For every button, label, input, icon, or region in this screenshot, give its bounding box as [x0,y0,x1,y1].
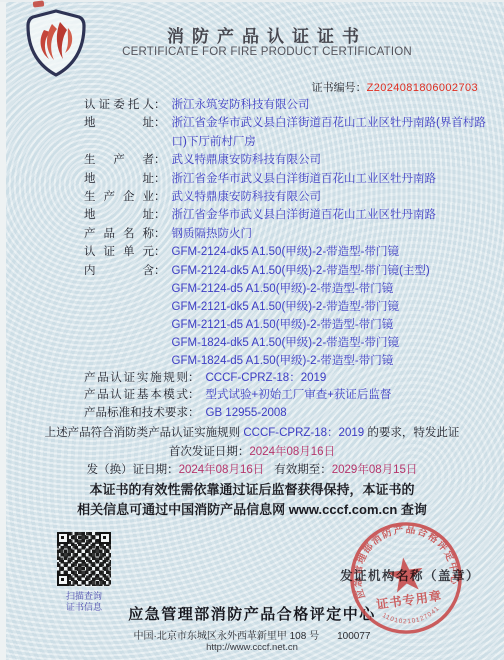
valid-until-date: 2029年08月15日 [332,464,418,476]
field-label: 产品认证实施规则 [84,370,188,388]
qr-finder-topleft [57,532,69,544]
reissue-date: 2024年08月16日 [179,464,265,476]
qr-finder-bottomleft [57,574,69,586]
field-producer-address: 地址 ： 浙江省金华市武义县白洋街道百花山工业区牡丹南路 [84,170,496,188]
certificate-fields: 认证委托人 ： 浙江永筑安防科技有限公司 地址 ： 浙江省金华市武义县白洋街道百… [84,96,496,423]
conformity-statement: 上述产品符合消防类产品认证实施规则 CCCF-CPRZ-18：2019 的要求，… [0,424,504,440]
field-value: 武义特鼎康安防科技有限公司 [172,188,497,206]
first-issue-date-label: 首次发证日期： [169,446,250,458]
reissue-date-line: 发（换）证日期：2024年08月16日有效期至：2029年08月15日 [0,461,504,477]
model-item: GFM-2124-d5 A1.50(甲级)-2-带造型-带门镜 [172,280,497,298]
first-issue-date: 2024年08月16日 [249,446,335,458]
field-label: 产品认证基本模式 [84,387,188,405]
field-value: CCCF-CPRZ-18：2019 [206,370,497,388]
field-label: 地址 [84,206,154,224]
field-label: 生产者 [84,151,154,169]
field-product-name: 产品名称 ： 钢质隔热防火门 [84,225,496,243]
field-label: 地址 [84,114,154,151]
field-value: GFM-2124-dk5 A1.50(甲级)-2-带造型-带门镜 [172,243,497,261]
model-item: GFM-2121-dk5 A1.50(甲级)-2-带造型-带门镜 [172,298,497,316]
field-value: 型式试验+初始工厂审查+获证后监督 [206,387,497,405]
field-label: 认证单元 [84,243,154,261]
certificate-number-value: Z2024081806002703 [367,82,478,94]
field-contained-models: 内含 ： GFM-2124-dk5 A1.50(甲级)-2-带造型-带门镜(主型… [84,262,496,370]
field-manufacturer-address: 地址 ： 浙江省金华市武义县白洋街道百花山工业区牡丹南路 [84,206,496,224]
organization-website: http://www.cccf.net.cn [0,642,504,653]
field-value: 浙江永筑安防科技有限公司 [172,96,497,114]
field-certification-mode: 产品认证基本模式 ： 型式试验+初始工厂审查+获证后监督 [84,387,496,405]
field-label: 认证委托人 [84,96,154,114]
model-item: GFM-2121-d5 A1.50(甲级)-2-带造型-带门镜 [172,316,497,334]
validity-notice-line1: 本证书的有效性需依靠通过证后监督获得保持，本证书的 [0,480,504,500]
issuing-authority-overlay-text: 发证机构名称（盖章） [340,566,480,584]
first-issue-date-line: 首次发证日期：2024年08月16日 [0,443,504,459]
field-value: 武义特鼎康安防科技有限公司 [172,151,497,169]
field-label: 生产企业 [84,188,154,206]
qr-code [57,532,111,586]
model-list: GFM-2124-dk5 A1.50(甲级)-2-带造型-带门镜(主型) GFM… [172,262,497,370]
field-value: 钢质隔热防火门 [172,225,497,243]
field-applicant: 认证委托人 ： 浙江永筑安防科技有限公司 [84,96,496,114]
field-product-standard: 产品标准和技术要求 ： GB 12955-2008 [84,405,496,423]
valid-until-label: 有效期至： [274,464,332,476]
model-item: GFM-1824-dk5 A1.50(甲级)-2-带造型-带门镜 [172,334,497,352]
field-value: 浙江省金华市武义县白洋街道百花山工业区牡丹南路 [172,206,497,224]
field-label: 产品标准和技术要求 [84,405,188,423]
field-value: 浙江省金华市武义县白洋街道百花山工业区牡丹南路(界首村路口)下厅前村厂房 [172,114,497,151]
field-label: 产品名称 [84,225,154,243]
field-label: 内含 [84,262,154,370]
certificate-page: 消防产品认证证书 CERTIFICATE FOR FIRE PRODUCT CE… [0,0,504,660]
scan-edge-top [0,0,504,2]
field-value: 浙江省金华市武义县白洋街道百花山工业区牡丹南路 [172,170,497,188]
address-text: 中国·北京市东城区永外西革新里甲 108 号 [134,631,320,642]
field-implementation-rule: 产品认证实施规则 ： CCCF-CPRZ-18：2019 [84,370,496,388]
rule-rows: 产品认证实施规则 ： CCCF-CPRZ-18：2019 产品认证基本模式 ： … [84,370,496,423]
certificate-title: 消防产品认证证书 [30,22,504,47]
field-value: GB 12955-2008 [206,405,497,423]
field-label: 地址 [84,170,154,188]
qr-finder-topright [99,532,111,544]
field-producer: 生产者 ： 武义特鼎康安防科技有限公司 [84,151,496,169]
certificate-number-line: 证书编号：Z2024081806002703 [312,79,478,95]
reissue-date-label: 发（换）证日期： [87,464,179,476]
field-manufacturer: 生产企业 ： 武义特鼎康安防科技有限公司 [84,188,496,206]
scan-edge-left [0,0,6,660]
validity-notice: 本证书的有效性需依靠通过证后监督获得保持，本证书的 相关信息可通过中国消防产品信… [0,480,504,519]
model-item: GFM-2124-dk5 A1.50(甲级)-2-带造型-带门镜(主型) [172,262,497,280]
certificate-number-label: 证书编号： [312,82,367,94]
certificate-subtitle: CERTIFICATE FOR FIRE PRODUCT CERTIFICATI… [30,46,504,58]
field-applicant-address: 地址 ： 浙江省金华市武义县白洋街道百花山工业区牡丹南路(界首村路口)下厅前村厂… [84,114,496,151]
field-certified-unit: 认证单元 ： GFM-2124-dk5 A1.50(甲级)-2-带造型-带门镜 [84,243,496,261]
model-item: GFM-1824-d5 A1.50(甲级)-2-带造型-带门镜 [172,352,497,370]
